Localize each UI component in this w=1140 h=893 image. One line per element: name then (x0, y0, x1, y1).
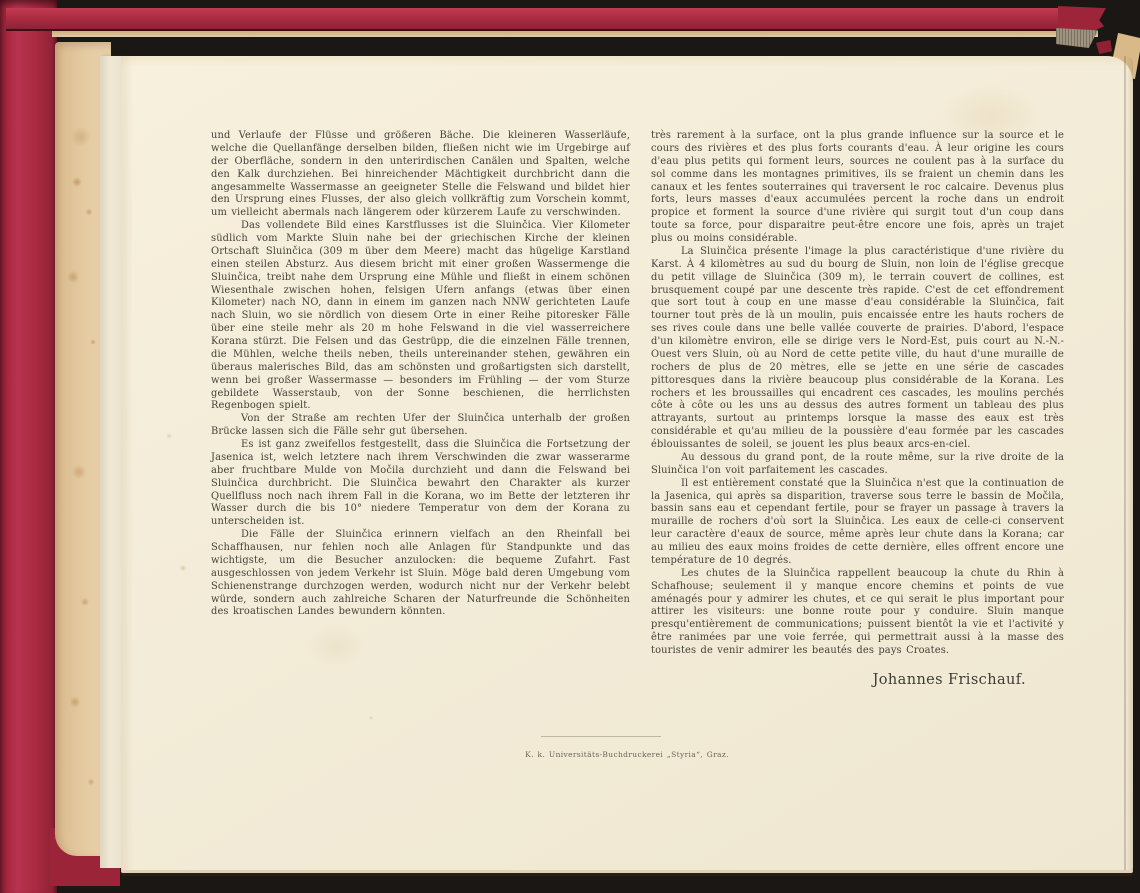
paragraph: très rarement à la surface, ont la plus … (651, 130, 1064, 246)
paragraph: Il est entièrement constaté que la Sluin… (651, 478, 1064, 568)
printer-imprint: K. k. Universitäts-Buchdruckerei „Styria… (525, 750, 729, 759)
paragraph: Die Fälle der Sluinčica erinnern vielfac… (211, 529, 630, 619)
faint-scratch-line (541, 736, 661, 737)
book-cover-spine (0, 0, 57, 893)
torn-cover-fragment (1058, 6, 1106, 32)
worn-bookcloth-fragment (1056, 28, 1098, 48)
book-cover-top-edge (6, 8, 1098, 31)
paragraph: Au dessous du grand pont, de la route mê… (651, 452, 1064, 478)
paragraph: La Sluinčica présente l'image la plus ca… (651, 246, 1064, 452)
german-column: und Verlaufe der Flüsse und größeren Bäc… (211, 130, 630, 688)
torn-cover-fragment (1096, 40, 1112, 54)
paragraph: Das vollendete Bild eines Karstflusses i… (211, 220, 630, 413)
scanned-book-page: und Verlaufe der Flüsse und größeren Bäc… (0, 0, 1140, 893)
imprint-row: K. k. Universitäts-Buchdruckerei „Styria… (121, 742, 1133, 761)
paragraph: Les chutes de la Sluinčica rappellent be… (651, 568, 1064, 658)
two-column-text-block: und Verlaufe der Flüsse und größeren Bäc… (211, 130, 1064, 688)
paragraph: und Verlaufe der Flüsse und größeren Bäc… (211, 130, 630, 220)
page-block-top-edge (52, 31, 1098, 37)
paragraph: Von der Straße am rechten Ufer der Sluin… (211, 413, 630, 439)
author-signature: Johannes Frischauf. (651, 672, 1064, 688)
paragraph: Es ist ganz zweifellos festgestellt, das… (211, 439, 630, 529)
french-column: très rarement à la surface, ont la plus … (651, 130, 1064, 688)
